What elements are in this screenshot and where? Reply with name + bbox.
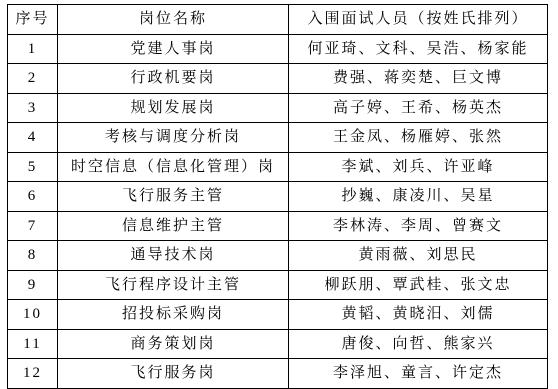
candidates-cell: 李斌、刘兵、许亚峰 (289, 152, 548, 182)
table-row: 12飞行服务岗李泽旭、童言、许定杰 (8, 359, 548, 389)
table-row: 4考核与调度分析岗王金凤、杨雁婷、张然 (8, 123, 548, 153)
candidates-cell: 柳跃朋、覃武桂、张文忠 (289, 270, 548, 300)
interview-shortlist-table: 序号岗位名称入围面试人员（按姓氏排列） 1党建人事岗何亚琦、文科、吴浩、杨家能2… (7, 4, 548, 389)
table-row: 8通导技术岗黄雨薇、刘思民 (8, 241, 548, 271)
table-row: 6飞行服务主管抄巍、康凌川、吴星 (8, 182, 548, 212)
column-header-position: 岗位名称 (58, 5, 289, 35)
column-header-candidates: 入围面试人员（按姓氏排列） (289, 5, 548, 35)
position-name-cell: 飞行服务主管 (58, 182, 289, 212)
table-row: 5时空信息（信息化管理）岗李斌、刘兵、许亚峰 (8, 152, 548, 182)
table-row: 11商务策划岗唐俊、向哲、熊家兴 (8, 329, 548, 359)
candidates-cell: 唐俊、向哲、熊家兴 (289, 329, 548, 359)
row-number-cell: 12 (8, 359, 58, 389)
row-number-cell: 2 (8, 64, 58, 94)
position-name-cell: 招投标采购岗 (58, 300, 289, 330)
row-number-cell: 4 (8, 123, 58, 153)
table-row: 10招投标采购岗黄韬、黄晓汨、刘儒 (8, 300, 548, 330)
position-name-cell: 时空信息（信息化管理）岗 (58, 152, 289, 182)
candidates-cell: 抄巍、康凌川、吴星 (289, 182, 548, 212)
row-number-cell: 11 (8, 329, 58, 359)
candidates-cell: 高子婷、王希、杨英杰 (289, 93, 548, 123)
position-name-cell: 信息维护主管 (58, 211, 289, 241)
position-name-cell: 飞行程序设计主管 (58, 270, 289, 300)
position-name-cell: 行政机要岗 (58, 64, 289, 94)
position-name-cell: 飞行服务岗 (58, 359, 289, 389)
table-row: 3规划发展岗高子婷、王希、杨英杰 (8, 93, 548, 123)
row-number-cell: 7 (8, 211, 58, 241)
position-name-cell: 规划发展岗 (58, 93, 289, 123)
candidates-cell: 李林涛、李周、曾赛文 (289, 211, 548, 241)
position-name-cell: 通导技术岗 (58, 241, 289, 271)
table-header-row: 序号岗位名称入围面试人员（按姓氏排列） (8, 5, 548, 35)
candidates-cell: 王金凤、杨雁婷、张然 (289, 123, 548, 153)
candidates-cell: 何亚琦、文科、吴浩、杨家能 (289, 34, 548, 64)
table-row: 9飞行程序设计主管柳跃朋、覃武桂、张文忠 (8, 270, 548, 300)
row-number-cell: 8 (8, 241, 58, 271)
table-row: 1党建人事岗何亚琦、文科、吴浩、杨家能 (8, 34, 548, 64)
row-number-cell: 5 (8, 152, 58, 182)
position-name-cell: 党建人事岗 (58, 34, 289, 64)
row-number-cell: 3 (8, 93, 58, 123)
row-number-cell: 6 (8, 182, 58, 212)
table-row: 7信息维护主管李林涛、李周、曾赛文 (8, 211, 548, 241)
row-number-cell: 10 (8, 300, 58, 330)
column-header-no: 序号 (8, 5, 58, 35)
candidates-cell: 费强、蒋奕楚、巨文博 (289, 64, 548, 94)
candidates-cell: 李泽旭、童言、许定杰 (289, 359, 548, 389)
position-name-cell: 商务策划岗 (58, 329, 289, 359)
candidates-cell: 黄雨薇、刘思民 (289, 241, 548, 271)
position-name-cell: 考核与调度分析岗 (58, 123, 289, 153)
row-number-cell: 1 (8, 34, 58, 64)
table-row: 2行政机要岗费强、蒋奕楚、巨文博 (8, 64, 548, 94)
candidates-cell: 黄韬、黄晓汨、刘儒 (289, 300, 548, 330)
row-number-cell: 9 (8, 270, 58, 300)
